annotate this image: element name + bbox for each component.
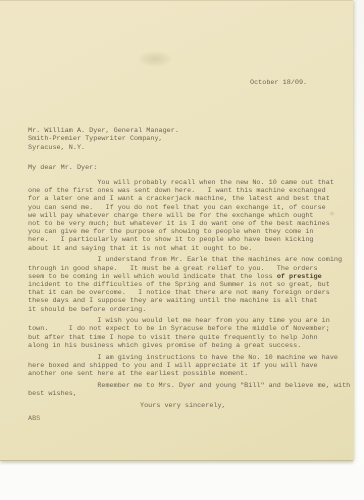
letter-paragraph-4: I am giving instructions to have the No.… bbox=[28, 354, 353, 379]
paragraph-text: You will probably recall when the new No… bbox=[28, 179, 334, 253]
letter-date: October 18/09. bbox=[250, 79, 353, 87]
address-line-company: Smith-Premier Typewriter Company, bbox=[28, 135, 353, 143]
letter-paragraph-5: Remember me to Mrs. Dyer and young "Bill… bbox=[28, 382, 353, 398]
paragraph-text: Remember me to Mrs. Dyer and young "Bill… bbox=[28, 382, 350, 398]
typist-initials: ABS bbox=[28, 415, 353, 423]
scan-background: October 18/09. Mr. William A. Dyer, Gene… bbox=[0, 0, 364, 500]
overstruck-text: of prestige bbox=[277, 273, 322, 281]
letter-body: You will probably recall when the new No… bbox=[28, 179, 353, 398]
letter-paragraph-1: You will probably recall when the new No… bbox=[28, 179, 353, 253]
paragraph-text: incident to the difficulties of the Spri… bbox=[28, 281, 330, 314]
letter-paragraph-3: I wish you would let me hear from you an… bbox=[28, 317, 353, 350]
letter-content: October 18/09. Mr. William A. Dyer, Gene… bbox=[0, 1, 353, 462]
letter-paragraph-2: I understand from Mr. Earle that the mac… bbox=[28, 256, 353, 313]
address-line-name: Mr. William A. Dyer, General Manager. bbox=[28, 127, 353, 135]
valediction: Yours very sincerely, bbox=[140, 402, 353, 410]
paragraph-text: I wish you would let me hear from you an… bbox=[28, 317, 330, 350]
address-line-city: Syracuse, N.Y. bbox=[28, 144, 353, 152]
recipient-address: Mr. William A. Dyer, General Manager. Sm… bbox=[28, 127, 353, 152]
letter-sheet: October 18/09. Mr. William A. Dyer, Gene… bbox=[0, 0, 353, 461]
paragraph-text: I am giving instructions to have the No.… bbox=[28, 354, 338, 378]
salutation: My dear Mr. Dyer: bbox=[28, 164, 353, 172]
